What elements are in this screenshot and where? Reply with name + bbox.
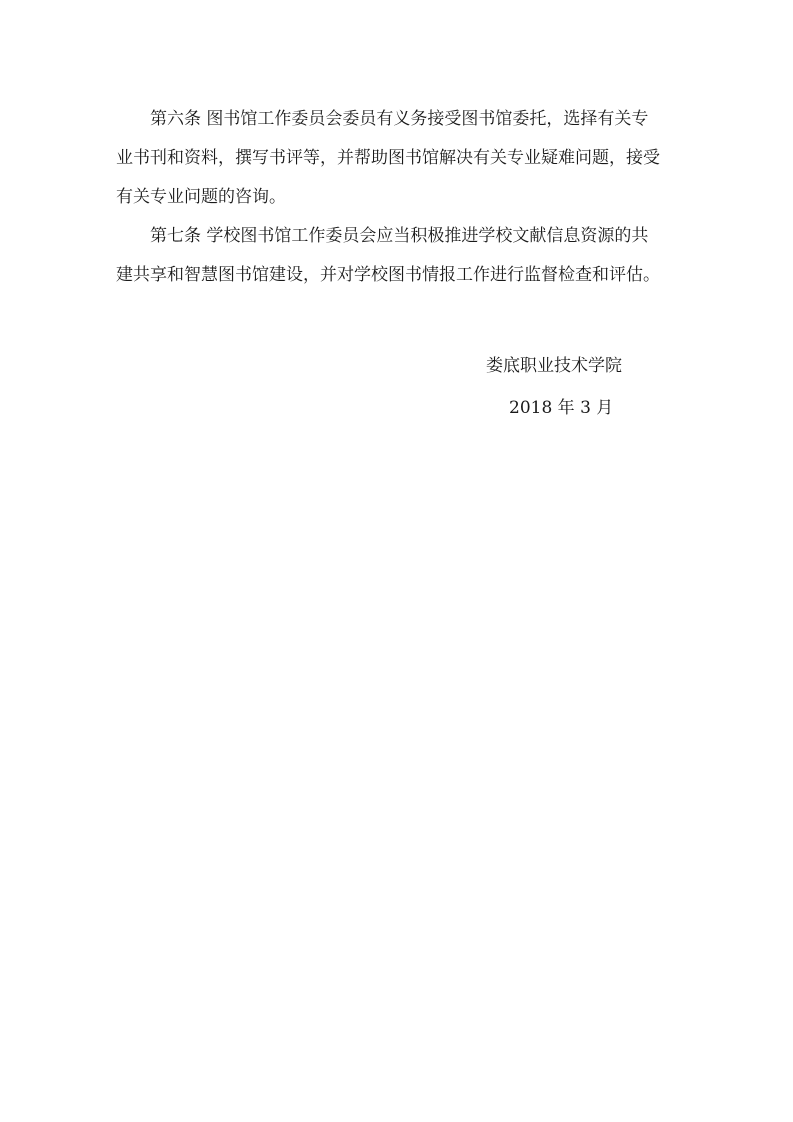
article-6-line-3: 有关专业问题的咨询。 [116,178,678,217]
signature-date: 2018 年 3 月 [509,396,613,420]
article-6-line-1: 第六条 图书馆工作委员会委员有义务接受图书馆委托，选择有关专 [116,100,678,139]
article-7-line-1: 第七条 学校图书馆工作委员会应当积极推进学校文献信息资源的共 [116,217,678,256]
signature-organization: 娄底职业技术学院 [486,354,622,378]
article-6-line-2: 业书刊和资料，撰写书评等，并帮助图书馆解决有关专业疑难问题，接受 [116,139,678,178]
article-7-line-2: 建共享和智慧图书馆建设，并对学校图书情报工作进行监督检查和评估。 [116,256,678,295]
document-body: 第六条 图书馆工作委员会委员有义务接受图书馆委托，选择有关专 业书刊和资料，撰写… [116,100,678,295]
article-7: 第七条 学校图书馆工作委员会应当积极推进学校文献信息资源的共 建共享和智慧图书馆… [116,217,678,295]
article-6: 第六条 图书馆工作委员会委员有义务接受图书馆委托，选择有关专 业书刊和资料，撰写… [116,100,678,217]
